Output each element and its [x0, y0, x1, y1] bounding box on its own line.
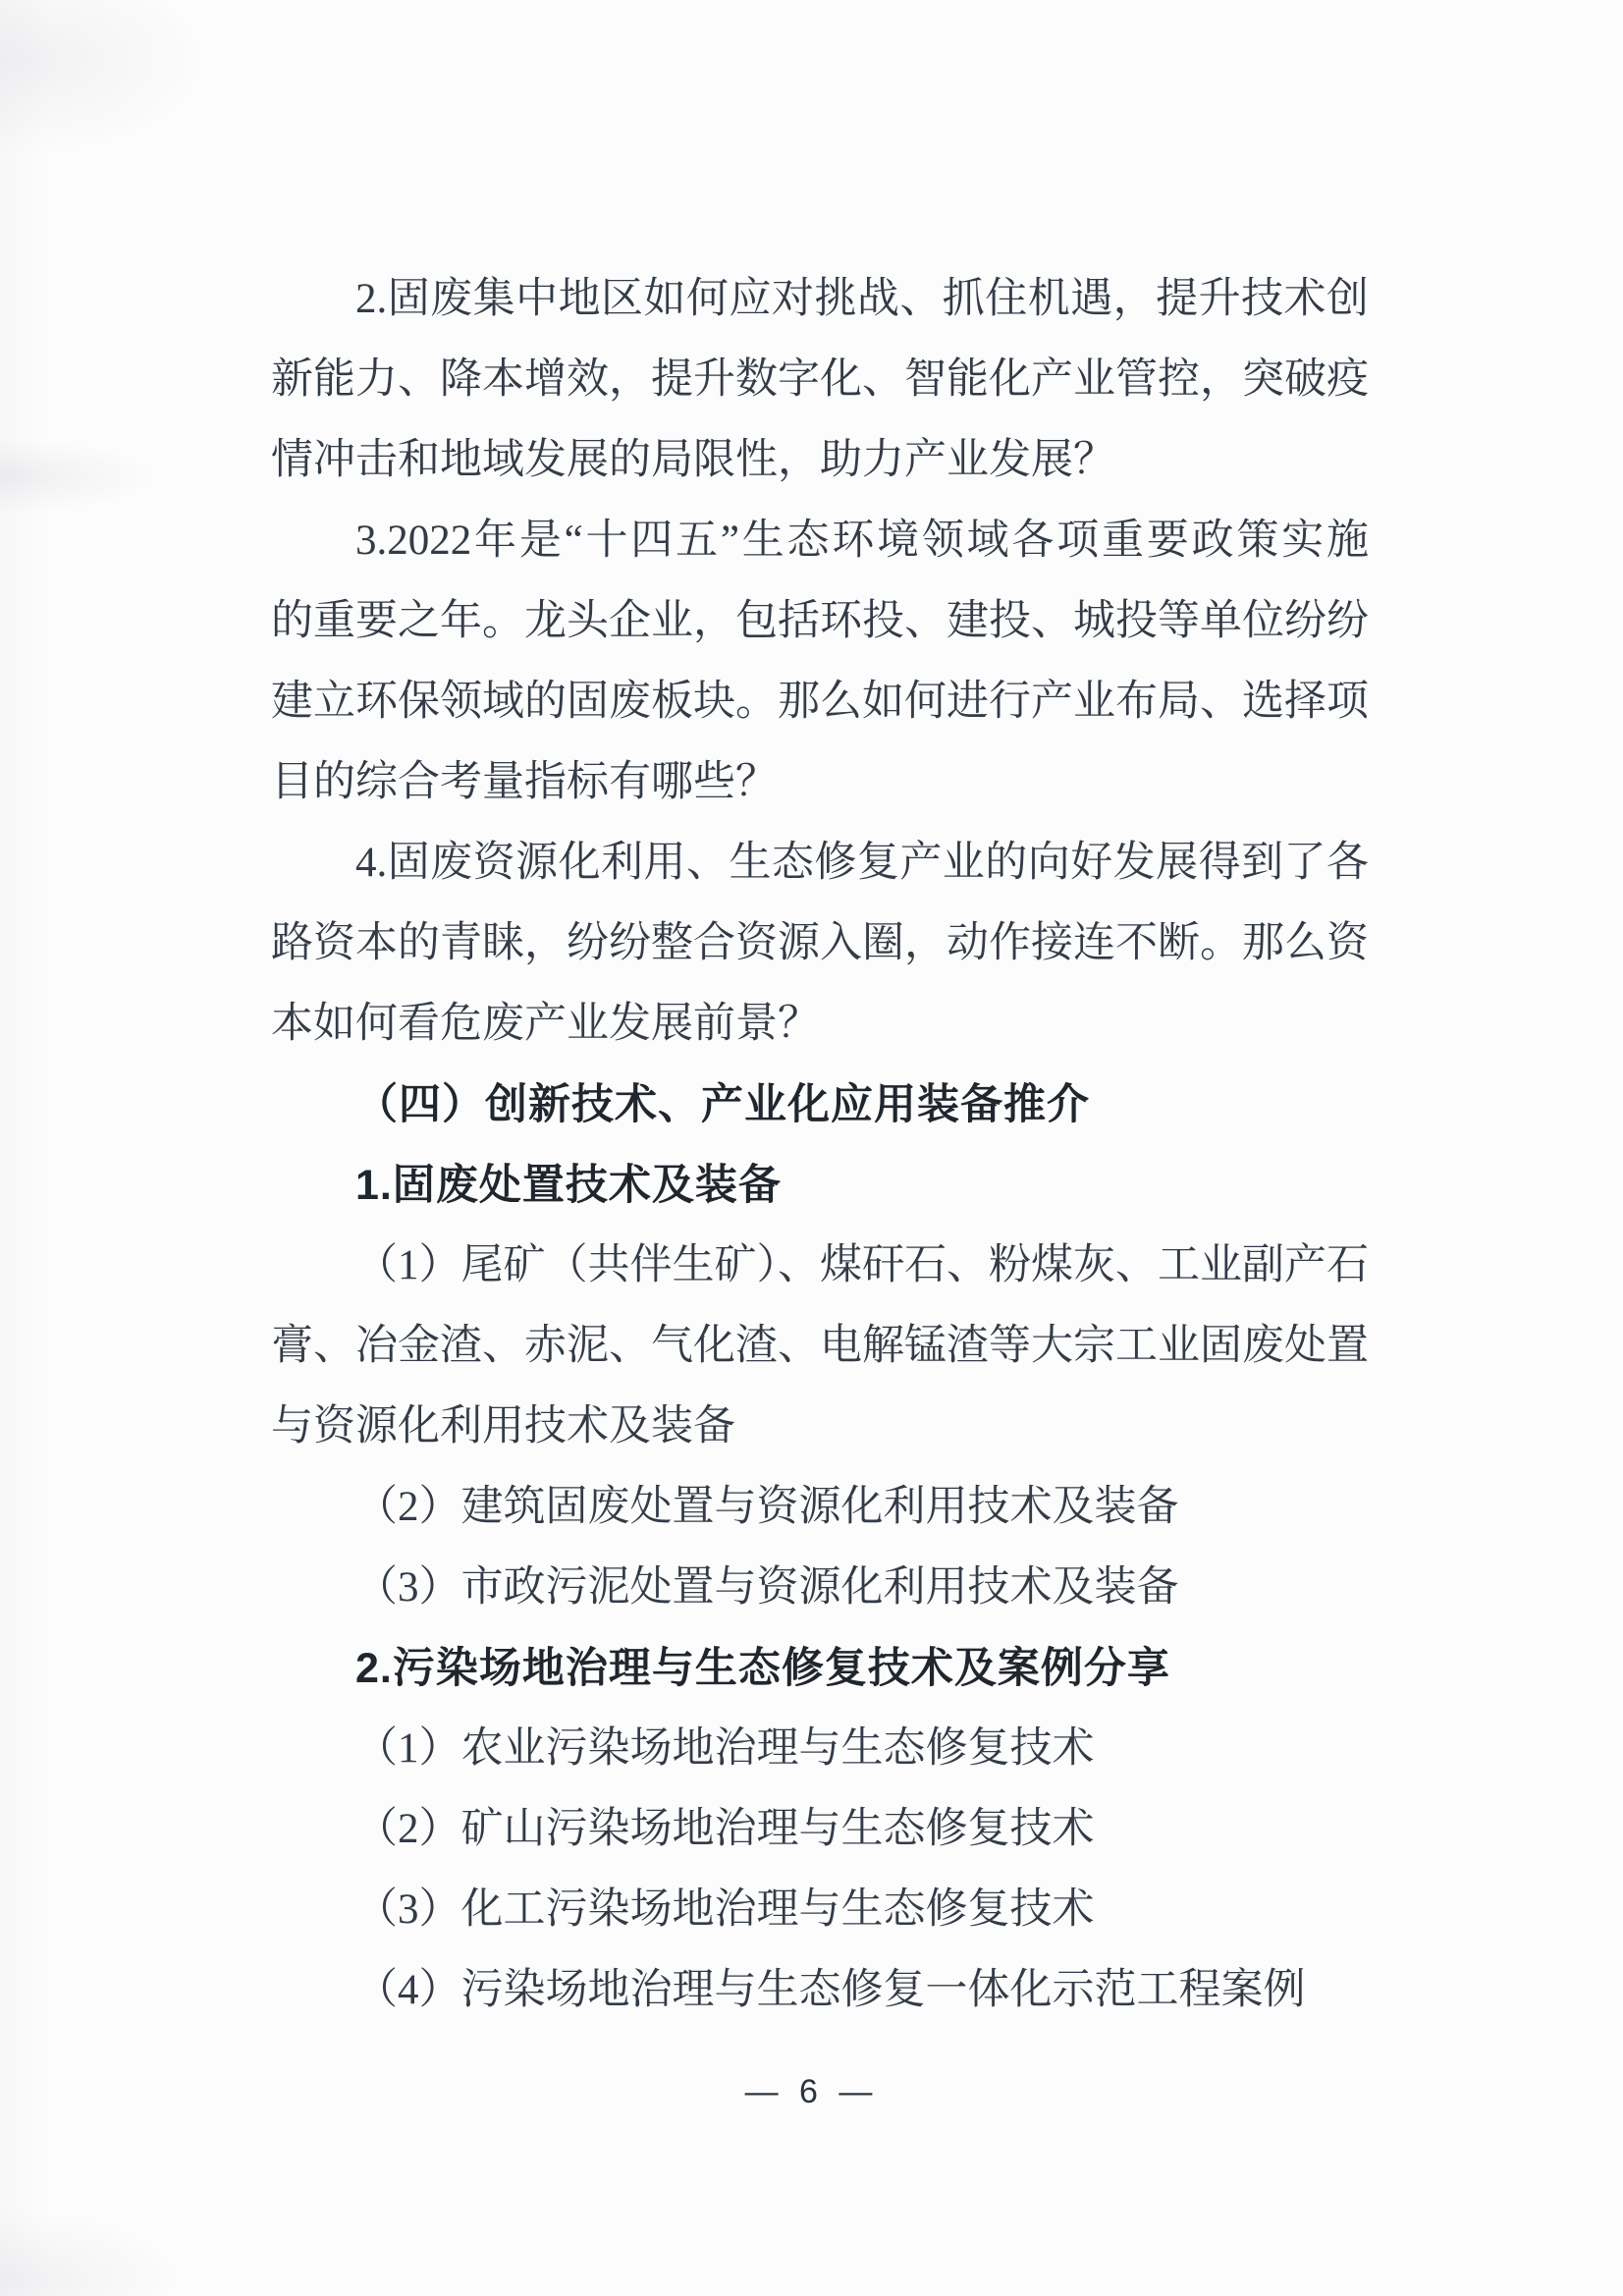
text-block: 2.固废集中地区如何应对挑战、抓住机遇，提升技术创新能力、降本增效，提升数字化、… — [271, 259, 1369, 2031]
document-page: 2.固废集中地区如何应对挑战、抓住机遇，提升技术创新能力、降本增效，提升数字化、… — [0, 0, 1623, 2296]
body-line: （4）污染场地治理与生态修复一体化示范工程案例 — [271, 1950, 1369, 2031]
body-line: 2.固废集中地区如何应对挑战、抓住机遇，提升技术创 — [271, 259, 1369, 340]
page-number: — 6 — — [745, 2070, 879, 2113]
body-line: （3）化工污染场地治理与生态修复技术 — [271, 1870, 1369, 1950]
heading-line: 2.污染场地治理与生态修复技术及案例分享 — [271, 1628, 1369, 1709]
body-line: 目的综合考量指标有哪些？ — [271, 742, 1369, 823]
body-line: 新能力、降本增效，提升数字化、智能化产业管控，突破疫 — [271, 340, 1369, 420]
body-line: 3.2022年是“十四五”生态环境领域各项重要政策实施 — [271, 501, 1369, 581]
body-line: 膏、冶金渣、赤泥、气化渣、电解锰渣等大宗工业固废处置 — [271, 1306, 1369, 1387]
body-line: 与资源化利用技术及装备 — [271, 1387, 1369, 1467]
body-line: 4.固废资源化利用、生态修复产业的向好发展得到了各 — [271, 823, 1369, 903]
heading-line: （四）创新技术、产业化应用装备推介 — [271, 1065, 1369, 1145]
body-line: 路资本的青睐，纷纷整合资源入圈，动作接连不断。那么资 — [271, 903, 1369, 984]
body-line: 情冲击和地域发展的局限性，助力产业发展？ — [271, 420, 1369, 501]
body-line: （2）矿山污染场地治理与生态修复技术 — [271, 1789, 1369, 1870]
body-line: （2）建筑固废处置与资源化利用技术及装备 — [271, 1467, 1369, 1548]
page-footer: — 6 — — [0, 2070, 1623, 2113]
body-line: 建立环保领域的固废板块。那么如何进行产业布局、选择项 — [271, 662, 1369, 742]
body-line: （1）农业污染场地治理与生态修复技术 — [271, 1709, 1369, 1789]
body-line: 的重要之年。龙头企业，包括环投、建投、城投等单位纷纷 — [271, 581, 1369, 662]
body-line: （1）尾矿（共伴生矿）、煤矸石、粉煤灰、工业副产石 — [271, 1226, 1369, 1306]
body-line: （3）市政污泥处置与资源化利用技术及装备 — [271, 1548, 1369, 1628]
heading-line: 1.固废处置技术及装备 — [271, 1145, 1369, 1226]
body-line: 本如何看危废产业发展前景？ — [271, 984, 1369, 1065]
